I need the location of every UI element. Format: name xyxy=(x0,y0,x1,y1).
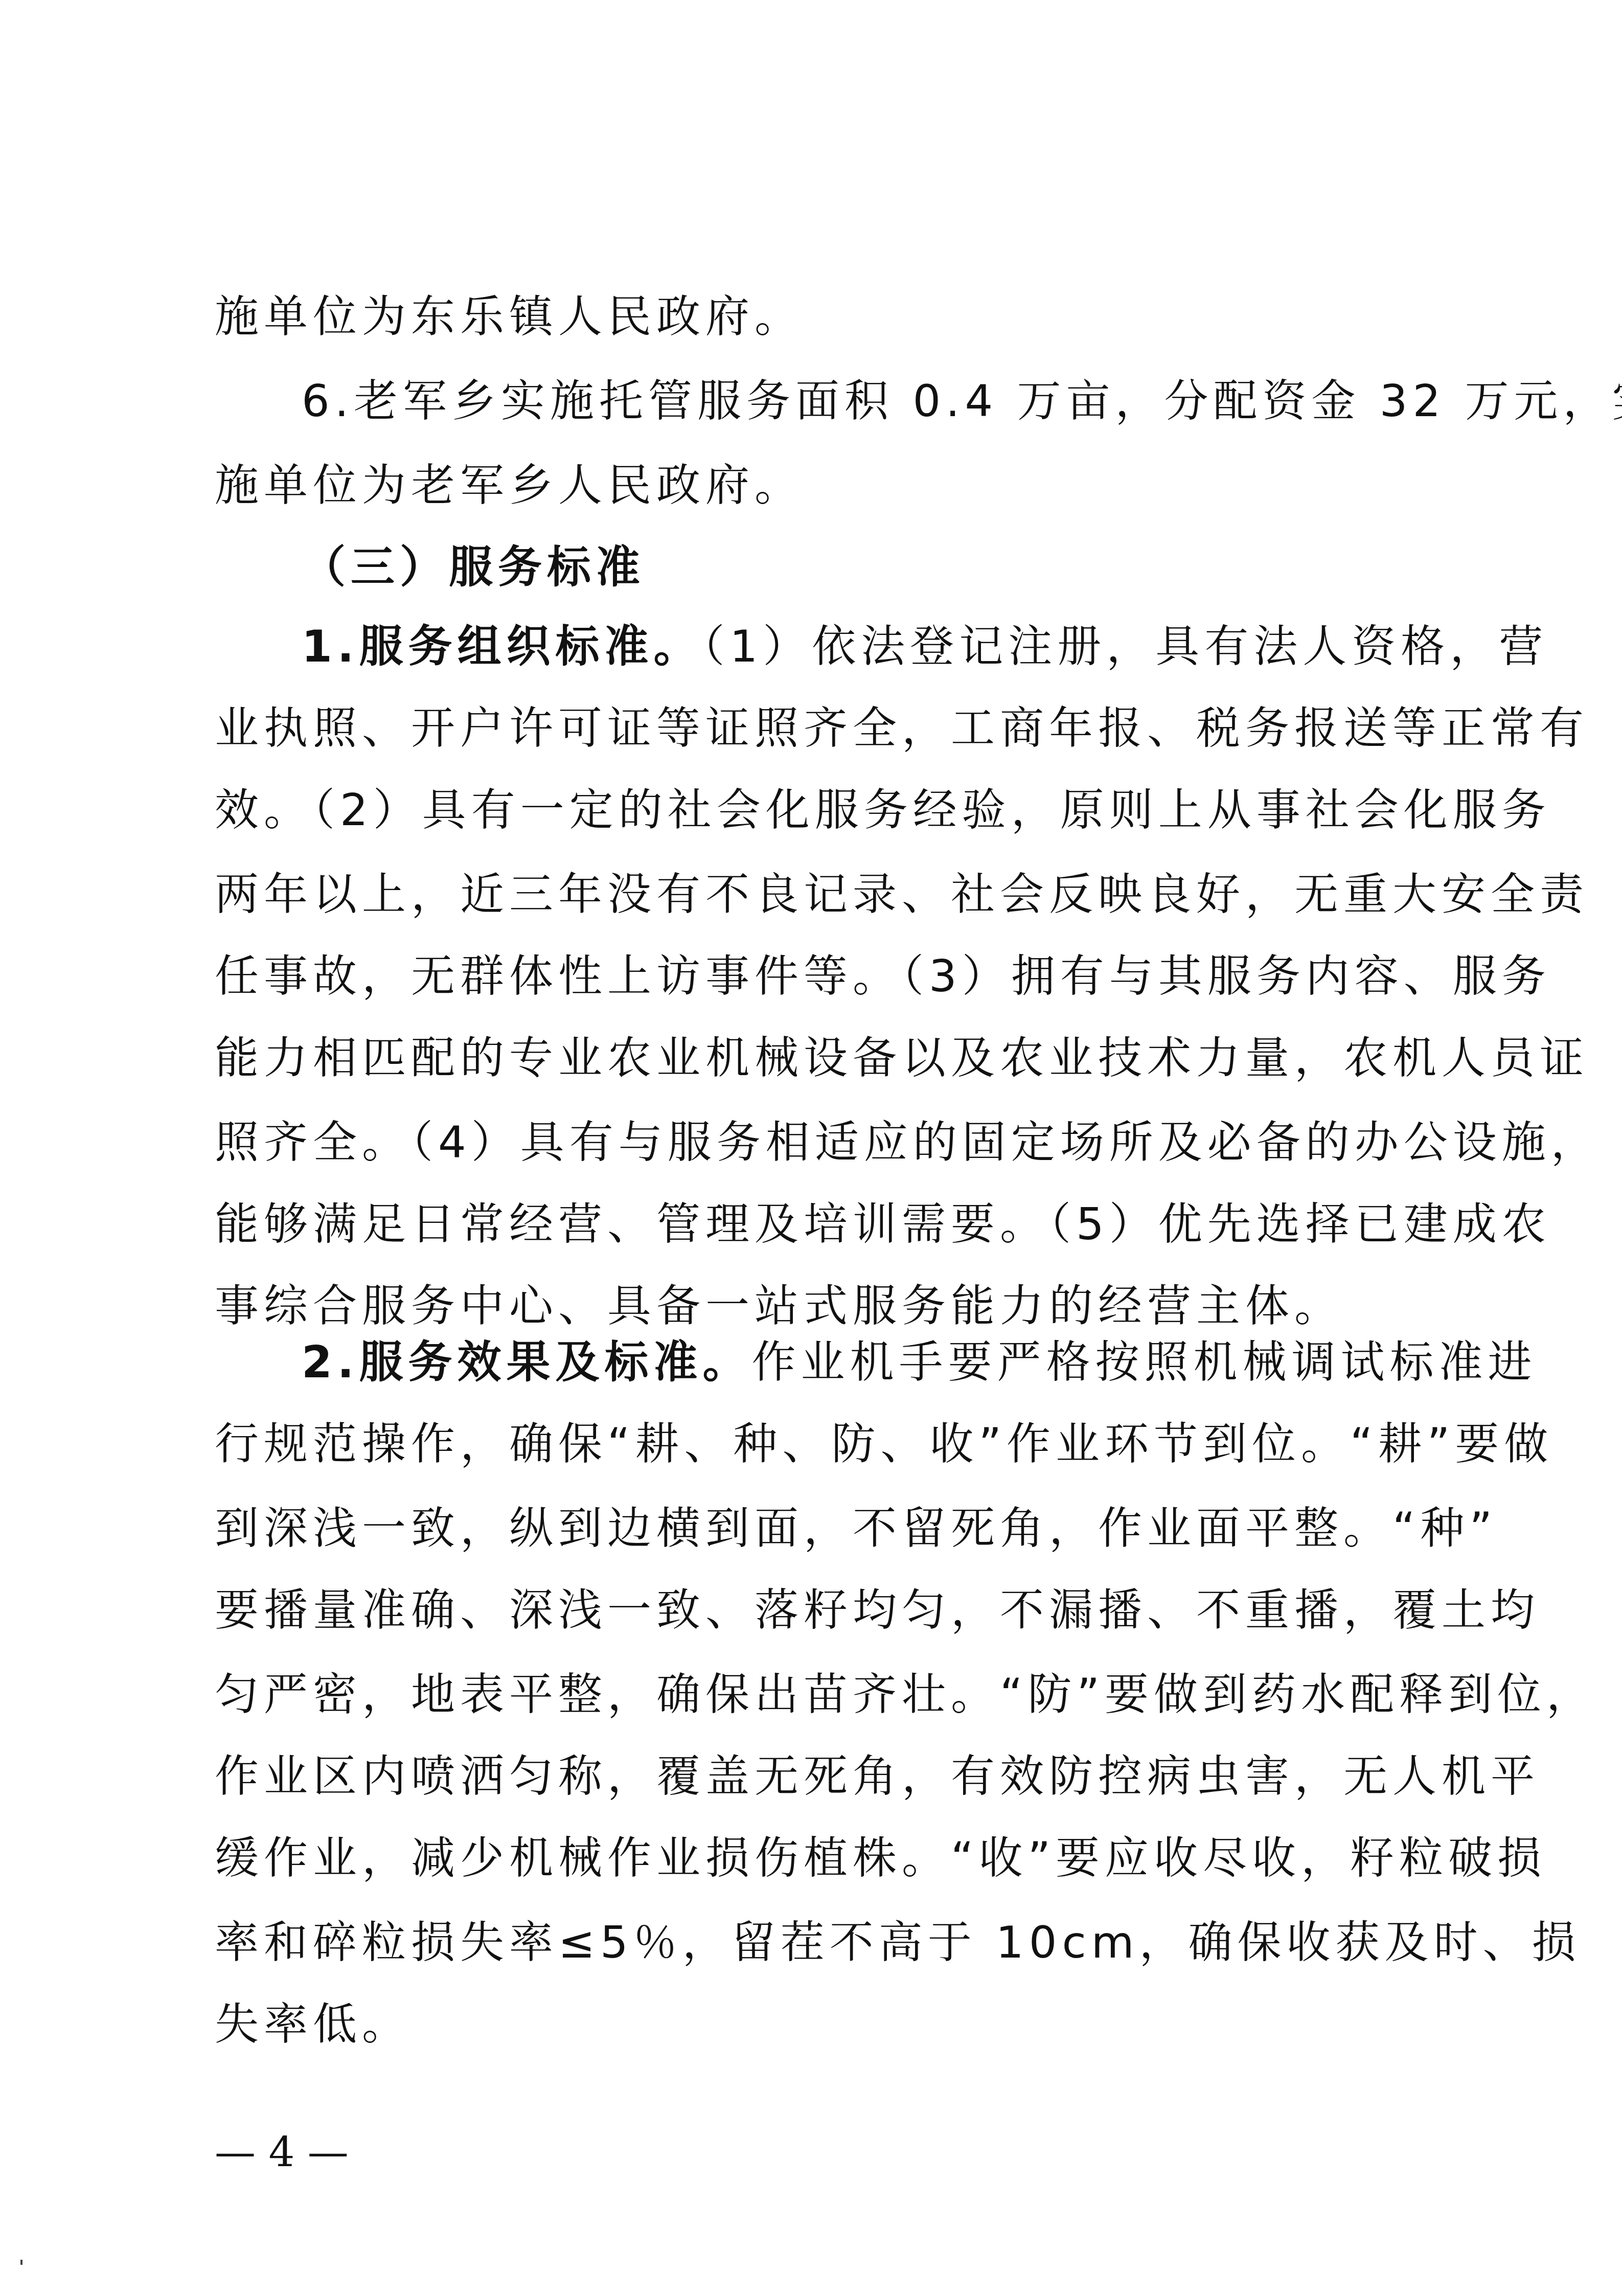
text-line: 施单位为老军乡人民政府。 xyxy=(215,460,1421,511)
text-line: 任事故，无群体性上访事件等。（3）拥有与其服务内容、服务 xyxy=(215,951,1421,1002)
text-line: 业执照、开户许可证等证照齐全，工商年报、税务报送等正常有 xyxy=(215,703,1421,754)
text-line: （1）依法登记注册，具有法人资格，营 xyxy=(703,621,1548,672)
text-line: 两年以上，近三年没有不良记录、社会反映良好，无重大安全责 xyxy=(215,869,1421,920)
text-line: 失率低。 xyxy=(215,1999,1421,2050)
text-line: 行规范操作，确保“耕、种、防、收”作业环节到位。“耕”要做 xyxy=(215,1419,1421,1470)
paragraph-start: 1.服务组织标准。（1）依法登记注册，具有法人资格，营 xyxy=(302,621,1421,672)
text-line: 照齐全。（4）具有与服务相适应的固定场所及必备的办公设施， xyxy=(215,1117,1421,1168)
text-line: 效。（2）具有一定的社会化服务经验，原则上从事社会化服务 xyxy=(215,785,1421,836)
text-line: 作业机手要严格按照机械调试标准进 xyxy=(752,1337,1537,1388)
document-page: 施单位为东乐镇人民政府。 6.老军乡实施托管服务面积 0.4 万亩，分配资金 3… xyxy=(0,0,1622,2296)
text-line: 能够满足日常经营、管理及培训需要。（5）优先选择已建成农 xyxy=(215,1199,1421,1250)
text-line: 到深浅一致，纵到边横到面，不留死角，作业面平整。“种” xyxy=(215,1503,1421,1554)
text-line: 作业区内喷洒匀称，覆盖无死角，有效防控病虫害，无人机平 xyxy=(215,1751,1421,1802)
paragraph-lead: 1.服务组织标准。 xyxy=(302,621,703,672)
section-heading: （三）服务标准 xyxy=(302,542,1421,593)
text-line: 事综合服务中心、具备一站式服务能力的经营主体。 xyxy=(215,1281,1421,1332)
text-line: 6.老军乡实施托管服务面积 0.4 万亩，分配资金 32 万元，实 xyxy=(302,376,1421,427)
paragraph-lead: 2.服务效果及标准。 xyxy=(302,1337,752,1388)
paragraph-start: 2.服务效果及标准。作业机手要严格按照机械调试标准进 xyxy=(302,1337,1421,1388)
text-line: 缓作业，减少机械作业损伤植株。“收”要应收尽收，籽粒破损 xyxy=(215,1833,1421,1884)
text-line: 要播量准确、深浅一致、落籽均匀，不漏播、不重播，覆土均 xyxy=(215,1585,1421,1636)
text-line: 匀严密，地表平整，确保出苗齐壮。“防”要做到药水配释到位， xyxy=(215,1669,1421,1720)
text-line: 率和碎粒损失率≤5％，留茬不高于 10cm，确保收获及时、损 xyxy=(215,1917,1421,1968)
scan-artifact xyxy=(20,2260,22,2265)
text-line: 施单位为东乐镇人民政府。 xyxy=(215,291,1421,343)
text-line: 能力相匹配的专业农业机械设备以及农业技术力量，农机人员证 xyxy=(215,1033,1421,1084)
page-number: — 4 — xyxy=(215,2127,349,2178)
